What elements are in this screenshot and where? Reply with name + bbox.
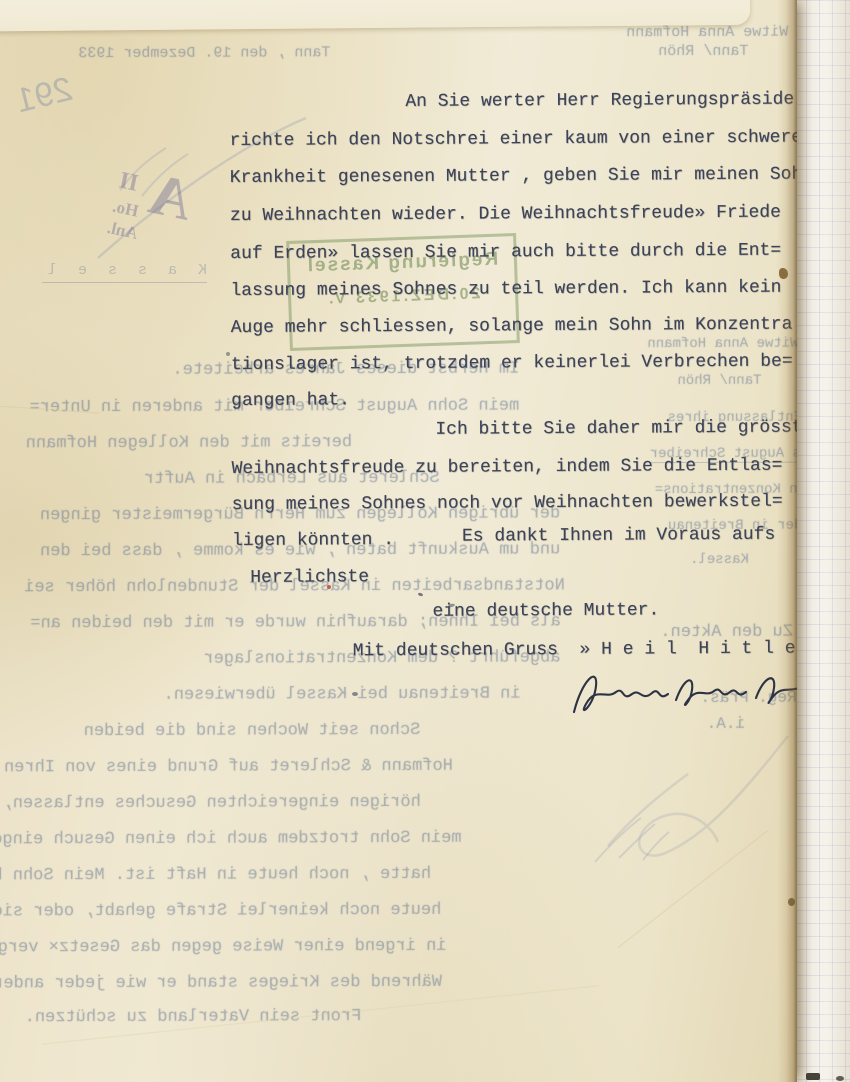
scanned-document: Tann , den 19. Dezember 1933Im Herbst di… [0, 0, 850, 1082]
typed-line: gangen hat. [231, 390, 350, 411]
typed-line: richte ich den Notschrei einer kaum von … [229, 128, 797, 151]
grid-paper-fold-shading [797, 0, 850, 1082]
typed-line: Ich bitte Sie daher mir die grösste [435, 417, 797, 439]
letter-sheet: Tann , den 19. Dezember 1933Im Herbst di… [0, 0, 797, 1082]
typed-line: An Sie werter Herr Regierungspräside [405, 90, 794, 112]
typed-line: lassung meines Sohnes zu teil werden. Ic… [230, 278, 781, 301]
typed-line: Auge mehr schliessen, solange mein Sohn … [231, 315, 793, 338]
typed-text-layer: An Sie werter Herr Regierungspräsiderich… [0, 0, 797, 1082]
typed-line: tionslager ist, trotzdem er keinerlei Ve… [231, 352, 793, 375]
dark-mark-bottom [806, 1073, 820, 1080]
typed-line: ligen könnten . [232, 530, 394, 551]
ink-smudge [226, 352, 230, 356]
typed-line: Krankheit genesenen Mutter , geben Sie m… [230, 165, 797, 188]
paper-damage [779, 268, 788, 279]
typed-line: eine deutsche Mutter. [432, 600, 659, 621]
dark-mark-bottom [836, 1076, 844, 1081]
typed-line: auf Erden» lassen Sie mir auch bitte dur… [230, 241, 781, 264]
typed-line: zu Weihnachten wieder. Die Weihnachtsfre… [230, 203, 781, 226]
typed-line: Mit deutschen Gruss » H e i l H i t l e … [353, 638, 797, 661]
signature-handwriting [572, 660, 797, 730]
ink-smudge [352, 692, 358, 696]
red-ink-speck [327, 585, 331, 589]
typed-line: Weihnachtsfreude zu bereiten, indem Sie … [231, 456, 782, 479]
typed-line: Herzlichste [250, 567, 369, 588]
typed-line: Es dankt Ihnen im Voraus aufs [462, 525, 775, 547]
page-right-edge [777, 0, 797, 1082]
paper-damage [788, 898, 795, 906]
typed-line: sung meines Sohnes noch vor Weihnachten … [232, 492, 783, 515]
